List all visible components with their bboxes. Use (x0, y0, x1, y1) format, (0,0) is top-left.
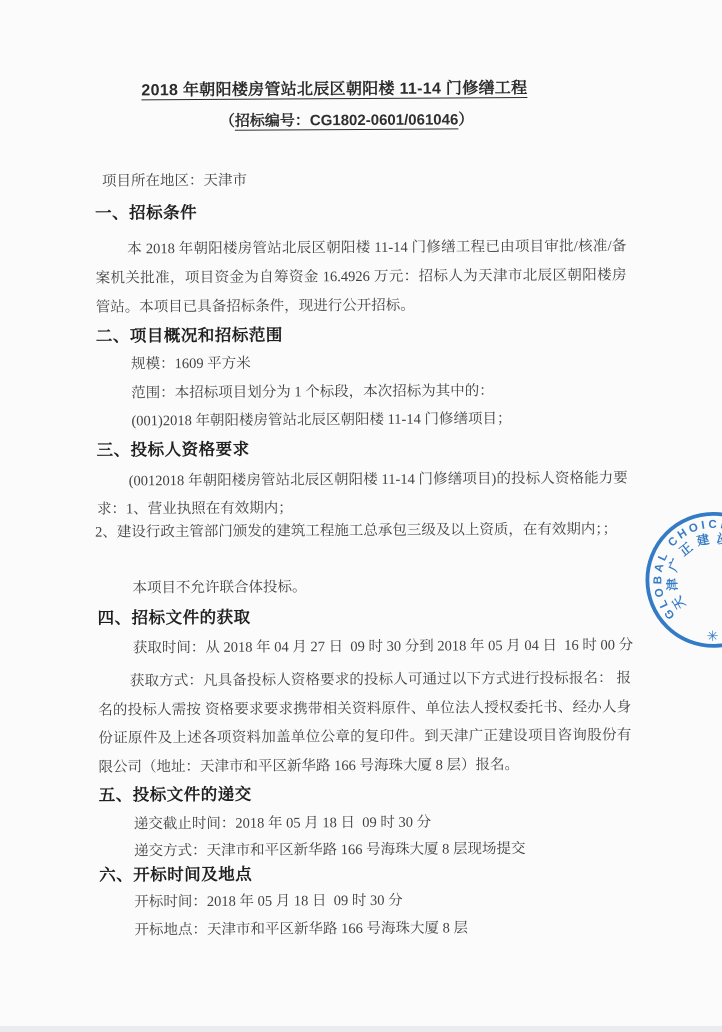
project-region-line: 项目所在地区：天津市 (102, 172, 247, 192)
company-round-seal-stamp: GLOBAL CHOICE PROJE 天津广正建设项目咨 ✳ (633, 499, 722, 660)
bid-opening-place-line: 开标地点：天津市和平区新华路 166 号海珠大厦 8 层 (134, 919, 468, 941)
scanned-tender-document-page: 2018 年朝阳楼房管站北辰区朝阳楼 11-14 门修缮工程 （招标编号：CG1… (0, 0, 722, 1032)
document-content: 2018 年朝阳楼房管站北辰区朝阳楼 11-14 门修缮工程 （招标编号：CG1… (0, 0, 722, 1032)
tender-number-text: 招标编号：CG1802-0601/061046 (235, 111, 459, 129)
obtain-time-line: 获取时间：从 2018 年 04 月 27 日 09 时 30 分到 2018 … (133, 636, 633, 659)
document-title-text: 2018 年朝阳楼房管站北辰区朝阳楼 11-14 门修缮工程 (141, 80, 527, 99)
seal-star-glyph: ✳ (707, 628, 719, 644)
scan-bottom-edge-shadow (0, 1026, 722, 1032)
project-scope-line: 范围：本招标项目划分为 1 个标段，本次招标为其中的： (131, 382, 494, 404)
bidder-requirement-1: (0012018 年朝阳楼房管站北辰区朝阳楼 11-14 门修缮项目)的投标人资… (97, 464, 628, 523)
tender-number-line: （招标编号：CG1802-0601/061046） (0, 107, 708, 132)
project-lot-line: (001)2018 年朝阳楼房管站北辰区朝阳楼 11-14 门修缮项目； (131, 410, 511, 432)
section-3-heading: 三、投标人资格要求 (97, 440, 250, 462)
submission-method-line: 递交方式：天津市和平区新华路 166 号海珠大厦 8 层现场提交 (134, 840, 526, 862)
bid-opening-time-line: 开标时间：2018 年 05 月 18 日 09 时 30 分 (134, 892, 402, 913)
section-2-heading: 二、项目概况和招标范围 (96, 325, 283, 348)
tender-number-close-paren: ） (458, 111, 473, 128)
project-scale-line: 规模：1609 平方米 (131, 355, 251, 375)
blue-seal-icon: GLOBAL CHOICE PROJE 天津广正建设项目咨 ✳ (633, 499, 722, 660)
section-1-heading: 一、招标条件 (95, 203, 197, 225)
obtain-method-paragraph: 获取方式：凡具备投标人资格要求的投标人可通过以下方式进行投标报名： 报名的投标人… (98, 664, 632, 782)
submission-deadline-line: 递交截止时间：2018 年 05 月 18 日 09 时 30 分 (134, 814, 431, 835)
section-4-heading: 四、招标文件的获取 (98, 608, 251, 630)
section-6-heading: 六、开标时间及地点 (99, 865, 252, 887)
section-1-body: 本 2018 年朝阳楼房管站北辰区朝阳楼 11-14 门修缮工程已由项目审批/核… (95, 232, 627, 322)
no-consortium-line: 本项目不允许联合体投标。 (132, 578, 306, 599)
tender-number-open-paren: （ (220, 113, 235, 130)
bidder-requirement-2: 2、建设行政主管部门颁发的建筑工程施工总承包三级及以上资质，在有效期内；； (95, 520, 617, 543)
document-title: 2018 年朝阳楼房管站北辰区朝阳楼 11-14 门修缮工程 (0, 74, 695, 101)
section-5-heading: 五、投标文件的递交 (99, 785, 252, 807)
